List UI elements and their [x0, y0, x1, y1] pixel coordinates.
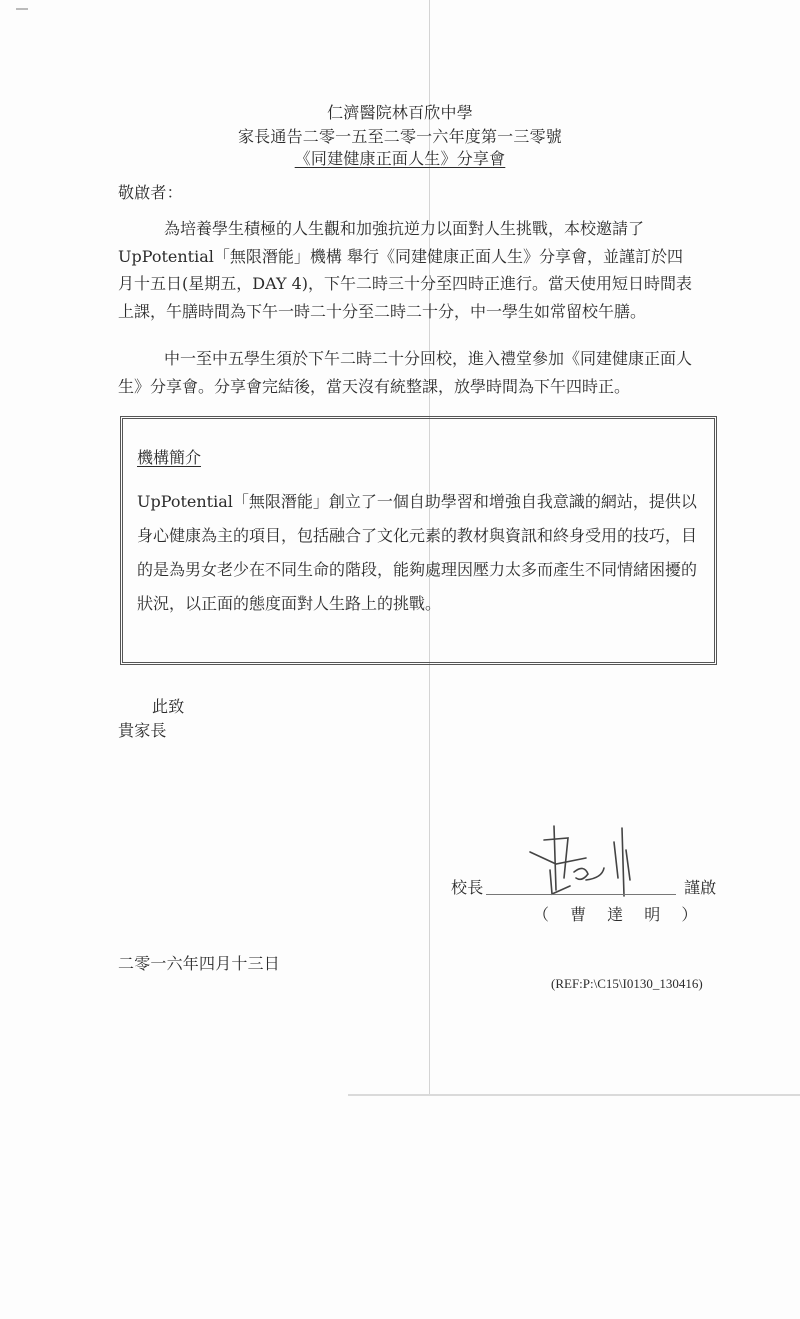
signature-line — [486, 894, 676, 895]
closing-line-2: 貴家長 — [118, 721, 167, 741]
organization-info-box: 機構簡介 UpPotential「無限潛能」創立了一個自助學習和增強自我意識的網… — [120, 416, 717, 665]
info-box-title: 機構簡介 — [137, 445, 201, 468]
school-name: 仁濟醫院林百欣中學 — [0, 103, 800, 123]
event-title: 《同建健康正面人生》分享會 — [0, 149, 800, 169]
principal-name: （ 曹 達 明 ） — [533, 905, 705, 925]
salutation: 敬啟者： — [118, 183, 183, 203]
respect-closing: 謹啟 — [684, 878, 716, 898]
signature-icon — [526, 820, 656, 900]
issue-date: 二零一六年四月十三日 — [118, 954, 280, 974]
paragraph-1: 為培養學生積極的人生觀和加強抗逆力以面對人生挑戰，本校邀請了 UpPotenti… — [118, 215, 698, 325]
paragraph-1-text: 為培養學生積極的人生觀和加強抗逆力以面對人生挑戰，本校邀請了 UpPotenti… — [118, 219, 692, 321]
page-edge-line — [348, 1094, 800, 1096]
closing-line-1: 此致 — [152, 697, 184, 717]
info-box-body: UpPotential「無限潛能」創立了一個自助學習和增強自我意識的網站，提供以… — [137, 485, 707, 621]
notice-number: 家長通告二零一五至二零一六年度第一三零號 — [0, 127, 800, 147]
reference-code: (REF:P:\C15\I0130_130416) — [551, 976, 703, 992]
scan-mark — [16, 8, 28, 10]
event-title-text: 《同建健康正面人生》分享會 — [295, 149, 506, 168]
paragraph-2-text: 中一至中五學生須於下午二時二十分回校，進入禮堂參加《同建健康正面人生》分享會。分… — [118, 349, 692, 396]
principal-label: 校長 — [451, 878, 483, 898]
paragraph-2: 中一至中五學生須於下午二時二十分回校，進入禮堂參加《同建健康正面人生》分享會。分… — [118, 345, 698, 400]
